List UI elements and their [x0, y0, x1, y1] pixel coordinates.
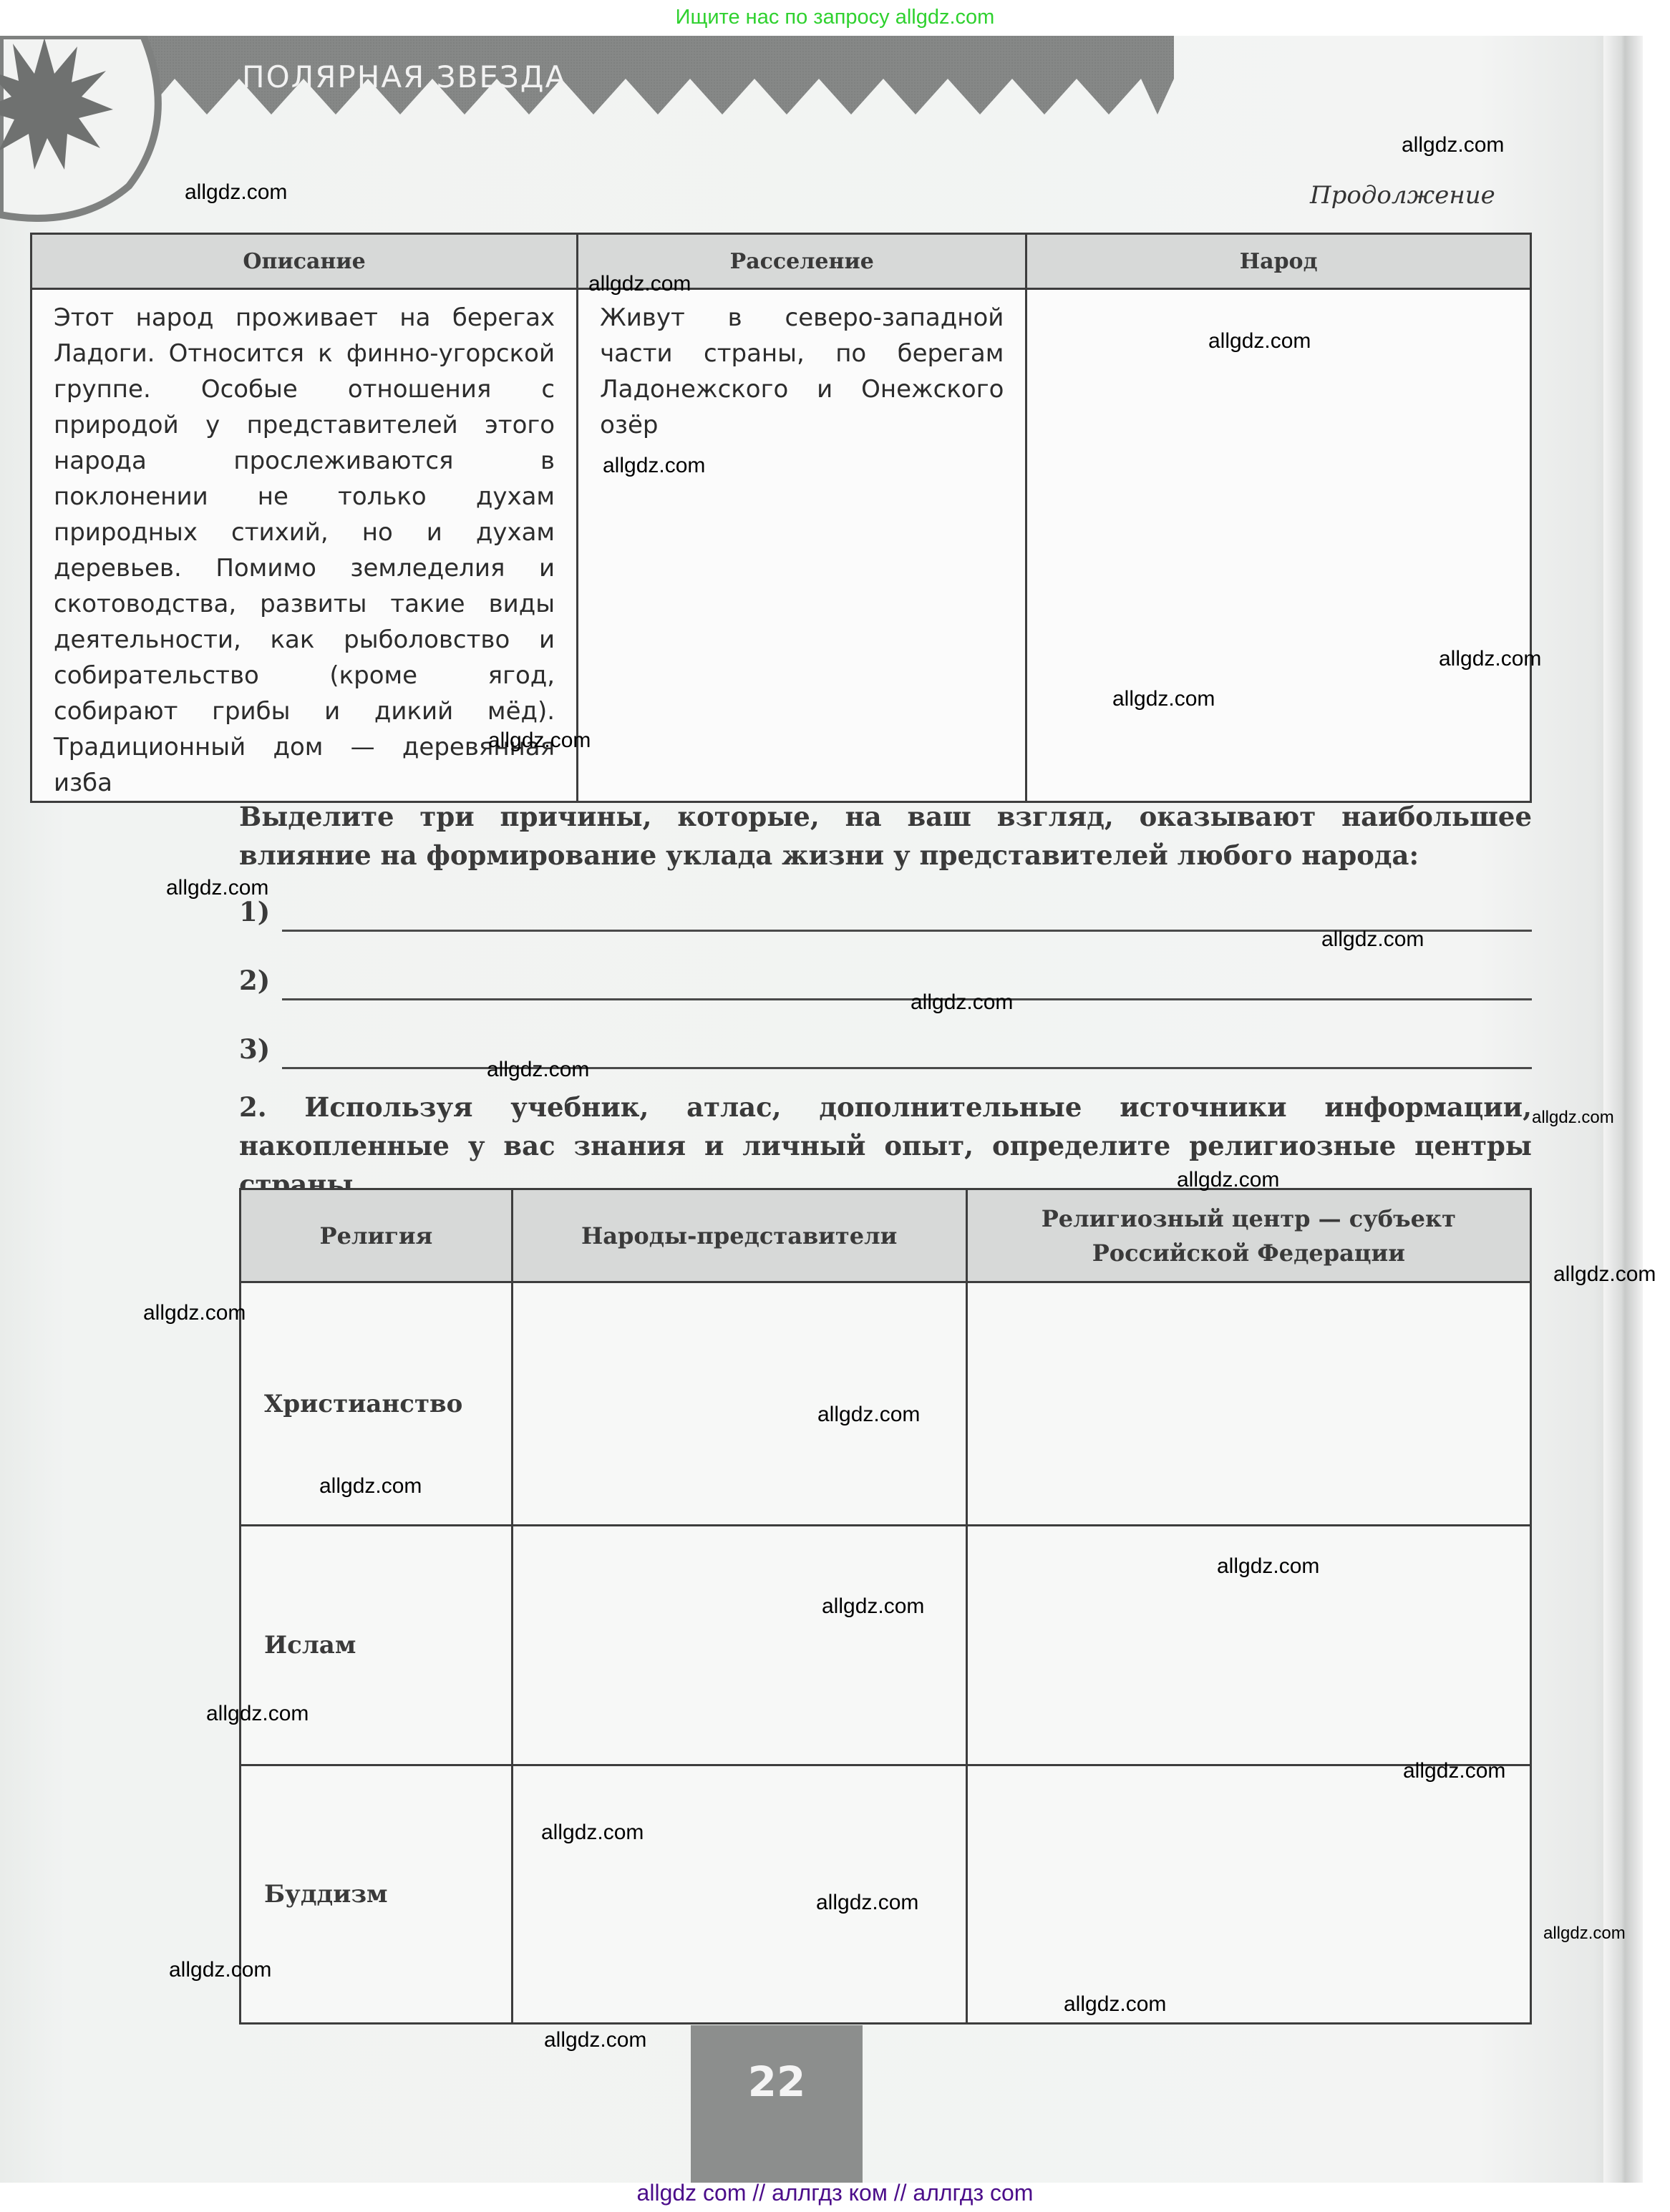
watermark: allgdz.com	[817, 1403, 920, 1427]
watermark: allgdz.com	[487, 1058, 589, 1082]
answer-number: 3)	[239, 1033, 270, 1065]
center-answer-cell[interactable]	[966, 1282, 1530, 1526]
watermark: allgdz.com	[166, 876, 268, 900]
religion-cell: Буддизм	[241, 1765, 513, 2024]
watermark: allgdz.com	[1208, 329, 1311, 354]
watermark: allgdz.com	[1064, 1992, 1166, 2017]
watermark: allgdz.com	[541, 1821, 644, 1845]
site-footer: allgdz com // аллгдз ком // аллгдз com	[0, 2180, 1670, 2206]
watermark: allgdz.com	[1532, 1108, 1614, 1128]
watermark: allgdz.com	[1321, 927, 1424, 952]
watermark: allgdz.com	[206, 1702, 309, 1726]
watermark: allgdz.com	[1403, 1759, 1505, 1783]
watermark: allgdz.com	[1112, 687, 1215, 711]
header-people: Народ	[1026, 234, 1531, 289]
header-religious-center: Религиозный центр — субъект Российской Ф…	[966, 1189, 1530, 1282]
people-answer-cell[interactable]	[1026, 289, 1531, 802]
header-peoples: Народы-представители	[512, 1189, 966, 1282]
watermark: allgdz.com	[1177, 1168, 1279, 1192]
table-row: Ислам	[241, 1526, 1531, 1765]
watermark: allgdz.com	[488, 729, 591, 753]
peoples-answer-cell[interactable]	[512, 1526, 966, 1765]
watermark: allgdz.com	[169, 1958, 271, 1982]
watermark: allgdz.com	[1402, 133, 1504, 157]
watermark: allgdz.com	[588, 272, 691, 296]
answer-line-3[interactable]	[282, 1067, 1532, 1069]
page-number: 22	[691, 2057, 863, 2106]
series-title: ПОЛЯРНАЯ ЗВЕЗДА	[242, 59, 567, 94]
peoples-table-header: Описание Расселение Народ	[31, 234, 1531, 289]
watermark: allgdz.com	[911, 990, 1013, 1015]
continuation-label: Продолжение	[1310, 181, 1495, 210]
header-religion: Религия	[241, 1189, 513, 1282]
watermark: allgdz.com	[822, 1594, 924, 1619]
watermark: allgdz.com	[143, 1301, 246, 1325]
religion-table-header: Религия Народы-представители Религиозный…	[241, 1189, 1531, 1282]
answer-number: 1)	[239, 896, 270, 927]
task1-prompt: Выделите три причины, которые, на ваш вз…	[239, 797, 1532, 874]
watermark: allgdz.com	[1217, 1554, 1319, 1579]
answer-row-2[interactable]: 2)	[239, 965, 1532, 1008]
watermark: allgdz.com	[185, 180, 287, 205]
center-answer-cell[interactable]	[966, 1765, 1530, 2024]
watermark: allgdz.com	[1439, 647, 1541, 671]
header-description: Описание	[31, 234, 578, 289]
task2-prompt: 2. Используя учебник, атлас, дополнитель…	[239, 1088, 1532, 1204]
answer-line-2[interactable]	[282, 998, 1532, 1000]
answer-row-3[interactable]: 3)	[239, 1033, 1532, 1076]
table-row: Этот народ проживает на берегах Ладоги. …	[31, 289, 1531, 802]
religion-cell: Ислам	[241, 1526, 513, 1765]
watermark: allgdz.com	[1553, 1262, 1656, 1287]
watermark: allgdz.com	[319, 1474, 422, 1499]
watermark: allgdz.com	[1543, 1924, 1626, 1944]
description-cell: Этот народ проживает на берегах Ладоги. …	[31, 289, 578, 802]
watermark: allgdz.com	[544, 2028, 646, 2052]
site-banner: Ищите нас по запросу allgdz.com	[0, 6, 1670, 29]
answer-number: 2)	[239, 965, 270, 996]
watermark: allgdz.com	[603, 454, 705, 478]
settlement-cell: Живут в северо-западной части страны, по…	[578, 289, 1026, 802]
emblem-circle	[0, 36, 179, 222]
peoples-table: Описание Расселение Народ Этот народ про…	[30, 233, 1532, 803]
watermark: allgdz.com	[816, 1891, 918, 1915]
